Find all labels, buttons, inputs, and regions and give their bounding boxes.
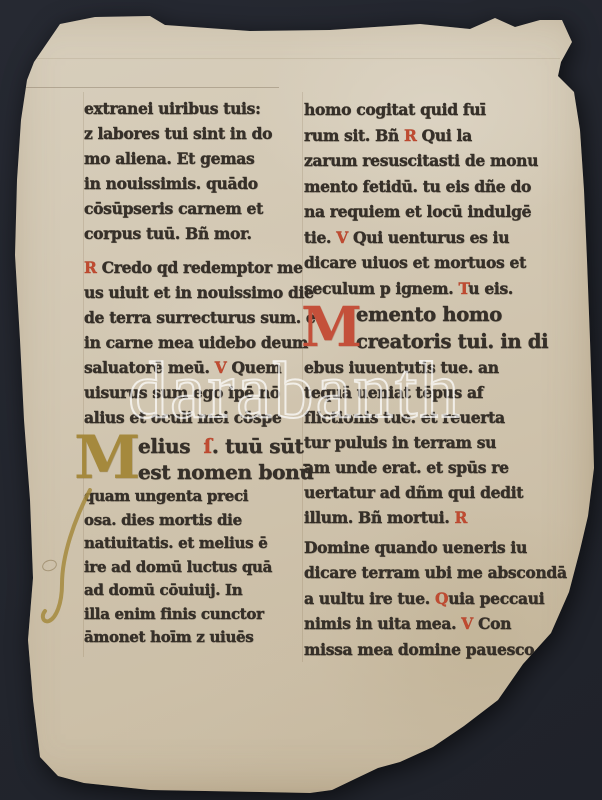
body-text: Qui la: [422, 126, 472, 145]
manuscript-text-line: nimis in uita mea. V Con: [304, 611, 544, 637]
body-text: mo aliena. Et gemas: [84, 149, 254, 168]
body-text: z labores tui sint in do: [84, 124, 272, 143]
gold-initial-flourish: [36, 488, 106, 638]
body-text: dicare uiuos et mortuos et: [304, 253, 526, 272]
body-text: nimis in uita mea.: [304, 614, 461, 633]
rubric-text: T: [458, 279, 468, 298]
rubric-text: R: [404, 126, 422, 145]
body-text: Con: [478, 614, 511, 633]
manuscript-text-line: āmonet hoīm z uiuēs: [84, 626, 312, 650]
body-text: missa mea domine pauesco: [304, 640, 534, 659]
body-text: homo cogitat quid fuī: [304, 100, 486, 119]
body-text: zarum resuscitasti de monu: [304, 151, 538, 170]
manuscript-text-line: a uultu ire tue. Quia peccaui: [304, 586, 544, 612]
rubric-text: Q: [435, 589, 448, 608]
manuscript-text-line: osa. dies mortis die: [84, 509, 312, 533]
manuscript-text-line: ad domū cōuiuij. In: [84, 579, 312, 603]
body-text: cōsūpseris carnem et: [84, 199, 263, 218]
body-text: Credo qd redemptor me: [102, 258, 303, 277]
manuscript-text-line: cōsūpseris carnem et: [84, 196, 312, 221]
body-text: u eis.: [468, 279, 513, 298]
manuscript-text-line: zarum resuscitasti de monu: [304, 148, 544, 174]
body-text: ire ad domū luctus quā: [84, 558, 272, 576]
watermark-text: darabanth: [128, 346, 461, 437]
manuscript-text-line: illum. Bñ mortui. R: [304, 505, 544, 530]
rubric-text: ſ: [204, 434, 212, 458]
manuscript-text-line: illa enim finis cunctor: [84, 603, 312, 627]
photo-background: extranei uiribus tuis:z labores tui sint…: [0, 0, 602, 800]
rubric-text: R: [455, 508, 468, 527]
body-text: na requiem et locū indulgē: [304, 202, 531, 221]
manuscript-text-line: R Credo qd redemptor me: [84, 255, 312, 280]
manuscript-text-line: z labores tui sint in do: [84, 121, 312, 146]
crease-line: [14, 87, 279, 88]
manuscript-text-line: ire ad domū luctus quā: [84, 556, 312, 580]
body-text: a uultu ire tue.: [304, 589, 435, 608]
manuscript-text-line: rum sit. Bñ R Qui la: [304, 123, 544, 149]
manuscript-text-line: uertatur ad dñm qui dedit: [304, 480, 544, 505]
body-text: dicare terram ubi me abscondā: [304, 563, 567, 582]
manuscript-text-line: am unde erat. et spūs re: [304, 455, 544, 480]
gold-initial-m: M: [74, 428, 140, 488]
manuscript-text-line: de terra surrecturus sum. et: [84, 305, 312, 330]
body-text: . tuū sūt: [212, 434, 304, 458]
manuscript-text-line: extranei uiribus tuis:: [84, 96, 312, 121]
manuscript-text-line: in nouissimis. quādo: [84, 171, 312, 196]
body-text: am unde erat. et spūs re: [304, 458, 509, 477]
body-text: us uiuit et in nouissimo die: [84, 283, 314, 302]
body-text: illa enim finis cunctor: [84, 605, 264, 623]
body-text: uia peccaui: [448, 589, 544, 608]
body-text: illum. Bñ mortui.: [304, 508, 455, 527]
body-text: Domine quando ueneris iu: [304, 538, 527, 557]
manuscript-text-line: mento fetidū. tu eis dñe do: [304, 174, 544, 200]
manuscript-text-line: na requiem et locū indulgē: [304, 199, 544, 225]
body-text: extranei uiribus tuis:: [84, 99, 261, 118]
body-text: mento fetidū. tu eis dñe do: [304, 177, 531, 196]
body-text: uertatur ad dñm qui dedit: [304, 483, 523, 502]
manuscript-text-line: tie. V Qui uenturus es iu: [304, 225, 544, 251]
rubric-text: V: [336, 228, 353, 247]
manuscript-text-line: Domine quando ueneris iu: [304, 535, 544, 561]
body-text: osa. dies mortis die: [84, 511, 242, 529]
body-text: Qui uenturus es iu: [353, 228, 509, 247]
body-text: ad domū cōuiuij. In: [84, 581, 242, 599]
manuscript-text-line: missa mea domine pauesco: [304, 637, 544, 663]
manuscript-text-line: us uiuit et in nouissimo die: [84, 280, 312, 305]
body-text: tie.: [304, 228, 336, 247]
ruling-line-top: [30, 58, 560, 59]
manuscript-text-line: homo cogitat quid fuī: [304, 97, 544, 123]
body-text: emento homo: [356, 303, 502, 326]
manuscript-text-line: natiuitatis. et melius ē: [84, 532, 312, 556]
manuscript-text-line: mo aliena. Et gemas: [84, 146, 312, 171]
body-text: corpus tuū. Bñ mor.: [84, 224, 252, 243]
body-text: āmonet hoīm z uiuēs: [84, 628, 253, 646]
body-text: elius: [138, 434, 204, 458]
body-text: est nomen bonū: [138, 460, 314, 484]
body-text: rum sit. Bñ: [304, 126, 404, 145]
body-text: in nouissimis. quādo: [84, 174, 258, 193]
manuscript-text-line: corpus tuū. Bñ mor.: [84, 221, 312, 246]
body-text: natiuitatis. et melius ē: [84, 534, 267, 552]
manuscript-text-line: dicare uiuos et mortuos et: [304, 250, 544, 276]
body-text: de terra surrecturus sum. et: [84, 308, 322, 327]
manuscript-text-line: dicare terram ubi me abscondā: [304, 560, 544, 586]
rubric-text: V: [461, 614, 478, 633]
rubric-text: R: [84, 258, 102, 277]
